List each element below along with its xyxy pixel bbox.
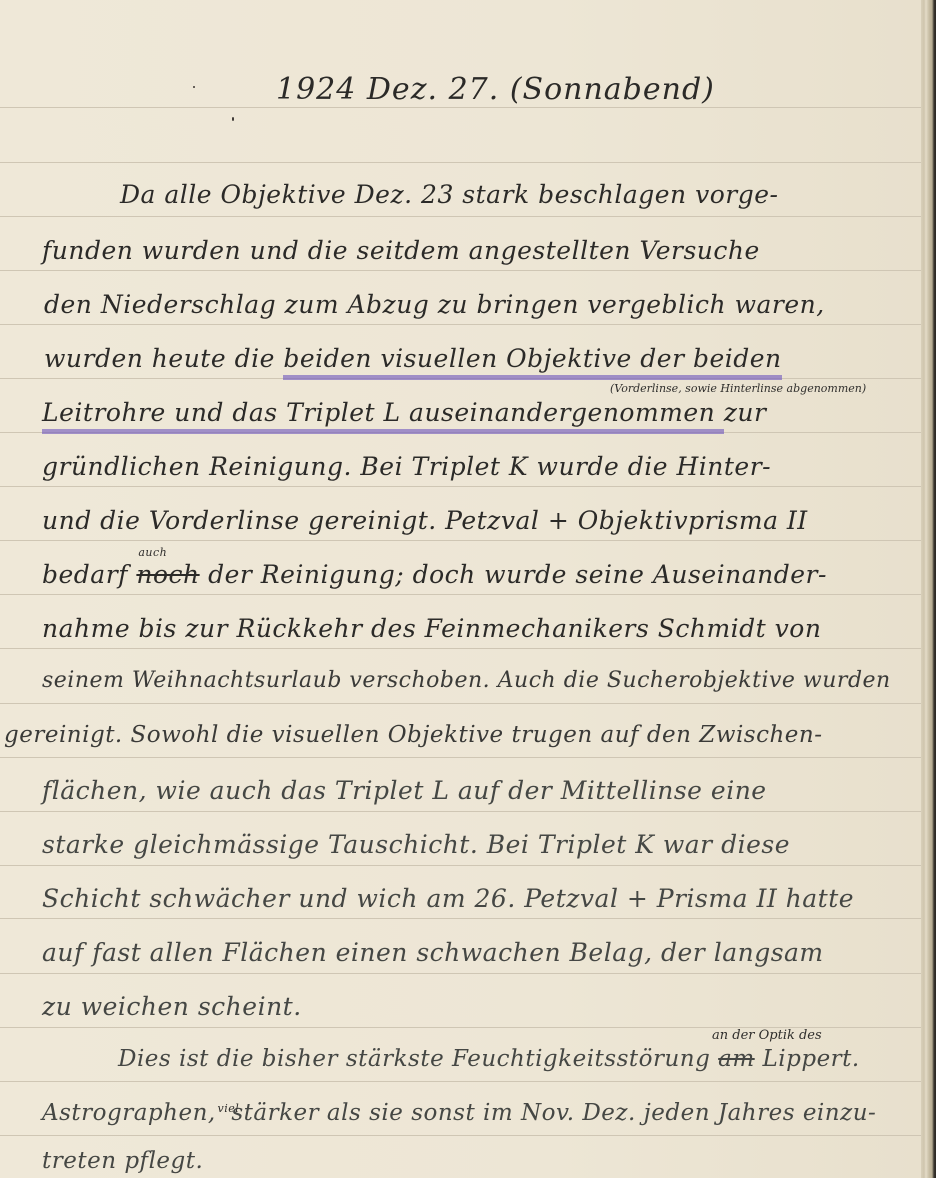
text-line-12: flächen, wie auch das Triplet L auf der … — [42, 776, 936, 805]
correction: auch noch — [136, 560, 199, 589]
text-line-18-rest: stärker als sie sonst im Nov. Dez. jeden… — [231, 1100, 876, 1126]
text-line-17-start: Dies ist die bisher stärkste Feuchtigkei… — [118, 1046, 710, 1072]
ruled-line — [0, 594, 921, 595]
struck-word: am — [718, 1046, 755, 1072]
text-line-11: gereinigt. Sowohl die visuellen Objektiv… — [4, 722, 925, 748]
ruled-line — [0, 107, 921, 108]
text-line-18: Astrographen, viel stärker als sie sonst… — [42, 1100, 936, 1126]
ruled-line — [0, 703, 921, 704]
ruled-line — [0, 270, 921, 271]
text-line-15: auf fast allen Flächen einen schwachen B… — [42, 938, 936, 967]
text-line-13: starke gleichmässige Tauschicht. Bei Tri… — [42, 830, 936, 859]
underlined-part-2: auseinandergenommen — [409, 398, 715, 427]
text-line-17-tail: Lippert. — [763, 1046, 860, 1072]
ink-speck — [193, 86, 195, 88]
text-line-8-start: bedarf — [42, 560, 128, 589]
ruled-line — [0, 811, 921, 812]
page-edge — [921, 0, 936, 1178]
inserted-word: auch — [138, 546, 167, 559]
ruled-line — [0, 648, 921, 649]
underlined-part-1: Leitrohre und das Triplet L — [42, 398, 401, 427]
ruled-line — [0, 540, 921, 541]
ruled-line — [0, 216, 921, 217]
text-line-14: Schicht schwächer und wich am 26. Petzva… — [42, 884, 936, 913]
ruled-line — [0, 1135, 921, 1136]
text-line-4: wurden heute die beiden visuellen Objekt… — [44, 344, 936, 373]
text-line-9: nahme bis zur Rückkehr des Feinmechanike… — [42, 614, 936, 643]
ruled-line — [0, 486, 921, 487]
ruled-line — [0, 162, 921, 163]
ruled-line — [0, 324, 921, 325]
text-line-1: Da alle Objektive Dez. 23 stark beschlag… — [120, 180, 936, 209]
text-line-6: gründlichen Reinigung. Bei Triplet K wur… — [42, 452, 936, 481]
ruled-line — [0, 757, 921, 758]
text-line-10: seinem Weihnachtsurlaub verschoben. Auch… — [42, 668, 936, 693]
text-line-2: funden wurden und die seitdem angestellt… — [42, 236, 936, 265]
text-line-4-start: wurden heute die — [44, 344, 275, 373]
text-line-7: und die Vorderlinse gereinigt. Petzval +… — [42, 506, 936, 535]
text-line-16: zu weichen scheint. — [42, 992, 936, 1021]
text-line-8: bedarf auch noch der Reinigung; doch wur… — [42, 560, 936, 589]
ruled-line — [0, 973, 921, 974]
margin-annotation: (Vorderlinse, sowie Hinterlinse abgenomm… — [610, 382, 866, 395]
text-line-19: treten pflegt. — [42, 1148, 936, 1174]
text-line-5: Leitrohre und das Triplet L auseinanderg… — [42, 398, 936, 427]
underlined-phrase: beiden visuellen Objektive der beiden — [283, 344, 781, 380]
text-line-17: Dies ist die bisher stärkste Feuchtigkei… — [118, 1046, 936, 1072]
text-line-5-tail: zur — [724, 398, 767, 427]
text-line-3: den Niederschlag zum Abzug zu bringen ve… — [44, 290, 936, 319]
ruled-line — [0, 1081, 921, 1082]
text-line-8-rest: der Reinigung; doch wurde seine Auseinan… — [208, 560, 827, 589]
ruled-line — [0, 918, 921, 919]
text-line-18-start: Astrographen, — [42, 1100, 216, 1126]
underlined-phrase: Leitrohre und das Triplet L auseinanderg… — [42, 398, 724, 434]
ink-speck — [232, 117, 234, 121]
ruled-line — [0, 865, 921, 866]
struck-word: noch — [136, 560, 199, 589]
entry-date-heading: 1924 Dez. 27. (Sonnabend) — [276, 72, 936, 107]
notebook-page: 1924 Dez. 27. (Sonnabend) Da alle Objekt… — [0, 0, 921, 1178]
inserted-phrase: an der Optik des — [712, 1028, 822, 1043]
inserted-word: viel — [218, 1102, 240, 1115]
